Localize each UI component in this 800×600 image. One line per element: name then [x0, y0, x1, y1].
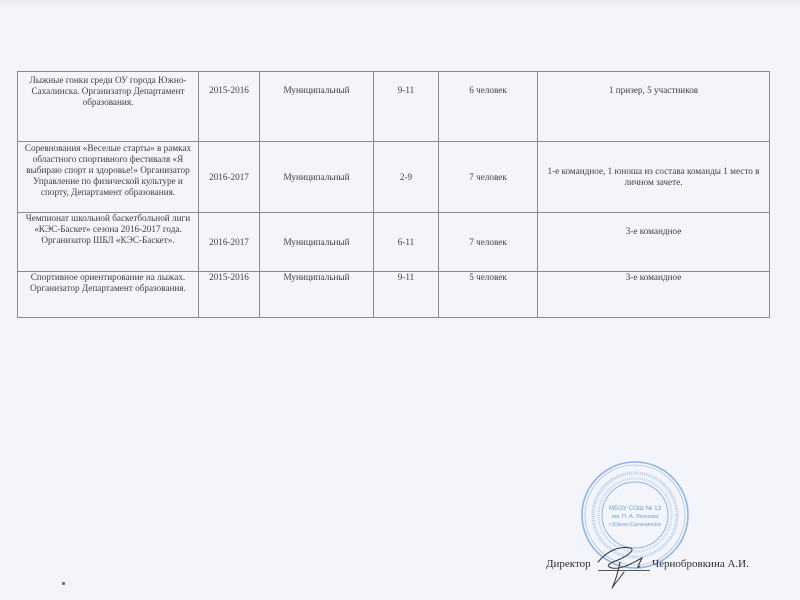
scan-top-band — [0, 0, 800, 8]
grades-cell: 9-11 — [374, 72, 439, 142]
participants-cell: 6 человек — [439, 72, 538, 142]
level-cell: Муниципальный — [260, 213, 374, 272]
table-row: Чемпионат школьной баскетбольной лиги «К… — [18, 213, 770, 272]
event-cell: Спортивное ориентирование на лыжах. Орга… — [18, 272, 199, 318]
grades-cell: 6-11 — [374, 213, 439, 272]
table-row: Лыжные гонки среди ОУ города Южно-Сахали… — [18, 72, 770, 142]
participants-cell: 7 человек — [439, 213, 538, 272]
result-cell: 1 призер, 5 участников — [538, 72, 770, 142]
results-table: Лыжные гонки среди ОУ города Южно-Сахали… — [17, 71, 770, 318]
signature-scribble — [590, 532, 660, 592]
stamp-line-1: МБОУ СОШ № 13 — [609, 505, 662, 512]
stamp-line-3: г.Южно-Сахалинска — [609, 522, 661, 528]
result-cell: 3-е командное — [538, 213, 770, 272]
result-cell: 1-е командное, 1 юноша из состава команд… — [538, 142, 770, 213]
scan-speck — [62, 582, 65, 585]
years-cell: 2015-2016 — [199, 272, 260, 318]
level-cell: Муниципальный — [260, 72, 374, 142]
stamp-line-2: им. П. А. Леонова — [612, 514, 659, 520]
level-cell: Муниципальный — [260, 142, 374, 213]
event-cell: Соревнования «Веселые старты» в рамках о… — [18, 142, 199, 213]
grades-cell: 9-11 — [374, 272, 439, 318]
years-cell: 2016-2017 — [199, 213, 260, 272]
participants-cell: 7 человек — [439, 142, 538, 213]
table-row: Спортивное ориентирование на лыжах. Орга… — [18, 272, 770, 318]
years-cell: 2016-2017 — [199, 142, 260, 213]
director-name: Чернобровкина А.И. — [652, 558, 749, 570]
director-title: Директор — [546, 558, 591, 570]
level-cell: Муниципальный — [260, 272, 374, 318]
signature-line — [598, 570, 650, 571]
participants-cell: 5 человек — [439, 272, 538, 318]
event-cell: Лыжные гонки среди ОУ города Южно-Сахали… — [18, 72, 199, 142]
result-cell: 3-е командное — [538, 272, 770, 318]
event-cell: Чемпионат школьной баскетбольной лиги «К… — [18, 213, 199, 272]
grades-cell: 2-9 — [374, 142, 439, 213]
table-row: Соревнования «Веселые старты» в рамках о… — [18, 142, 770, 213]
years-cell: 2015-2016 — [199, 72, 260, 142]
